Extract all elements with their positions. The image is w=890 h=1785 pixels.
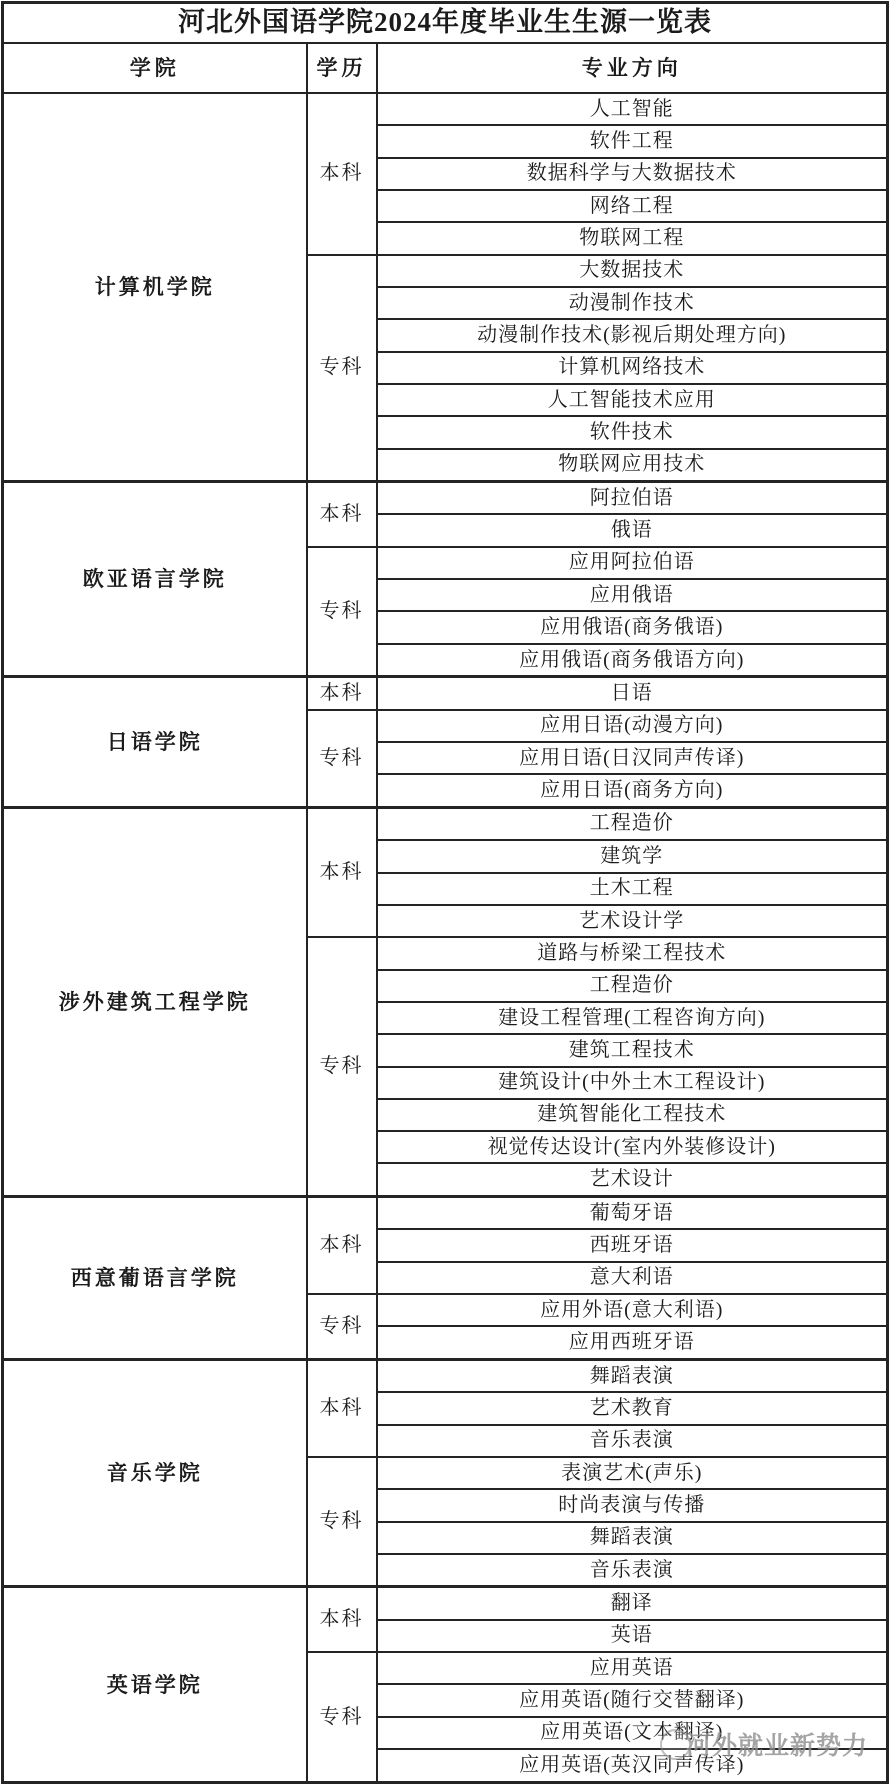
major-cell: 物联网应用技术 <box>377 449 888 482</box>
degree-level-cell: 本科 <box>307 1359 377 1457</box>
major-cell: 表演艺术(声乐) <box>377 1457 888 1489</box>
degree-level-cell: 专科 <box>307 1652 377 1782</box>
major-cell: 翻译 <box>377 1587 888 1620</box>
degree-level-cell: 专科 <box>307 547 377 677</box>
college-cell: 欧亚语言学院 <box>3 482 307 677</box>
degree-level-cell: 专科 <box>307 1457 377 1587</box>
table-row: 音乐学院本科舞蹈表演 <box>3 1359 888 1392</box>
major-cell: 应用阿拉伯语 <box>377 547 888 579</box>
title-row: 河北外国语学院2024年度毕业生生源一览表 <box>3 3 888 44</box>
major-cell: 意大利语 <box>377 1262 888 1294</box>
major-cell: 数据科学与大数据技术 <box>377 158 888 190</box>
table-row: 欧亚语言学院本科阿拉伯语 <box>3 482 888 515</box>
table-row: 计算机学院本科人工智能 <box>3 93 888 125</box>
degree-level-cell: 本科 <box>307 677 377 710</box>
major-cell: 时尚表演与传播 <box>377 1489 888 1521</box>
major-cell: 应用英语(文本翻译) <box>377 1717 888 1749</box>
major-cell: 软件技术 <box>377 416 888 448</box>
degree-level-cell: 专科 <box>307 710 377 808</box>
degree-level-cell: 专科 <box>307 1294 377 1359</box>
major-cell: 网络工程 <box>377 190 888 222</box>
college-cell: 涉外建筑工程学院 <box>3 807 307 1196</box>
major-cell: 舞蹈表演 <box>377 1359 888 1392</box>
header-row: 学院 学历 专业方向 <box>3 43 888 93</box>
major-cell: 日语 <box>377 677 888 710</box>
major-cell: 动漫制作技术 <box>377 287 888 319</box>
major-cell: 应用英语 <box>377 1652 888 1684</box>
college-cell: 音乐学院 <box>3 1359 307 1587</box>
graduate-source-table: 河北外国语学院2024年度毕业生生源一览表 学院 学历 专业方向 计算机学院本科… <box>1 1 889 1784</box>
major-cell: 音乐表演 <box>377 1554 888 1587</box>
major-cell: 应用英语(英汉同声传译) <box>377 1749 888 1782</box>
major-cell: 阿拉伯语 <box>377 482 888 515</box>
table-row: 日语学院本科日语 <box>3 677 888 710</box>
major-cell: 建筑学 <box>377 840 888 872</box>
degree-level-cell: 本科 <box>307 482 377 547</box>
college-cell: 英语学院 <box>3 1587 307 1783</box>
major-cell: 应用日语(日汉同声传译) <box>377 742 888 774</box>
major-cell: 应用外语(意大利语) <box>377 1294 888 1326</box>
major-cell: 动漫制作技术(影视后期处理方向) <box>377 319 888 351</box>
column-header-major: 专业方向 <box>377 43 888 93</box>
table-row: 英语学院本科翻译 <box>3 1587 888 1620</box>
column-header-degree: 学历 <box>307 43 377 93</box>
major-cell: 应用日语(商务方向) <box>377 774 888 807</box>
college-cell: 计算机学院 <box>3 93 307 482</box>
major-cell: 音乐表演 <box>377 1425 888 1457</box>
degree-level-cell: 专科 <box>307 937 377 1196</box>
major-cell: 建筑设计(中外土木工程设计) <box>377 1067 888 1099</box>
degree-level-cell: 本科 <box>307 93 377 255</box>
major-cell: 应用英语(随行交替翻译) <box>377 1684 888 1716</box>
degree-level-cell: 专科 <box>307 255 377 482</box>
major-cell: 工程造价 <box>377 970 888 1002</box>
major-cell: 工程造价 <box>377 807 888 840</box>
major-cell: 西班牙语 <box>377 1229 888 1261</box>
major-cell: 应用俄语(商务俄语方向) <box>377 644 888 677</box>
major-cell: 艺术教育 <box>377 1392 888 1424</box>
column-header-college: 学院 <box>3 43 307 93</box>
degree-level-cell: 本科 <box>307 1196 377 1294</box>
major-cell: 软件工程 <box>377 125 888 157</box>
major-cell: 应用西班牙语 <box>377 1326 888 1359</box>
major-cell: 艺术设计学 <box>377 905 888 937</box>
major-cell: 建筑智能化工程技术 <box>377 1099 888 1131</box>
major-cell: 英语 <box>377 1620 888 1652</box>
major-cell: 土木工程 <box>377 873 888 905</box>
major-cell: 视觉传达设计(室内外装修设计) <box>377 1131 888 1163</box>
major-cell: 应用俄语(商务俄语) <box>377 611 888 643</box>
major-cell: 应用俄语 <box>377 579 888 611</box>
major-cell: 艺术设计 <box>377 1163 888 1196</box>
major-cell: 人工智能技术应用 <box>377 384 888 416</box>
table-row: 西意葡语言学院本科葡萄牙语 <box>3 1196 888 1229</box>
major-cell: 物联网工程 <box>377 222 888 254</box>
major-cell: 人工智能 <box>377 93 888 125</box>
degree-level-cell: 本科 <box>307 1587 377 1652</box>
table-row: 涉外建筑工程学院本科工程造价 <box>3 807 888 840</box>
college-cell: 西意葡语言学院 <box>3 1196 307 1359</box>
major-cell: 计算机网络技术 <box>377 352 888 384</box>
major-cell: 建筑工程技术 <box>377 1034 888 1066</box>
major-cell: 大数据技术 <box>377 255 888 287</box>
degree-level-cell: 本科 <box>307 807 377 937</box>
major-cell: 俄语 <box>377 514 888 546</box>
college-cell: 日语学院 <box>3 677 307 808</box>
major-cell: 葡萄牙语 <box>377 1196 888 1229</box>
major-cell: 道路与桥梁工程技术 <box>377 937 888 969</box>
major-cell: 应用日语(动漫方向) <box>377 710 888 742</box>
major-cell: 建设工程管理(工程咨询方向) <box>377 1002 888 1034</box>
page-title: 河北外国语学院2024年度毕业生生源一览表 <box>3 3 888 44</box>
major-cell: 舞蹈表演 <box>377 1522 888 1554</box>
